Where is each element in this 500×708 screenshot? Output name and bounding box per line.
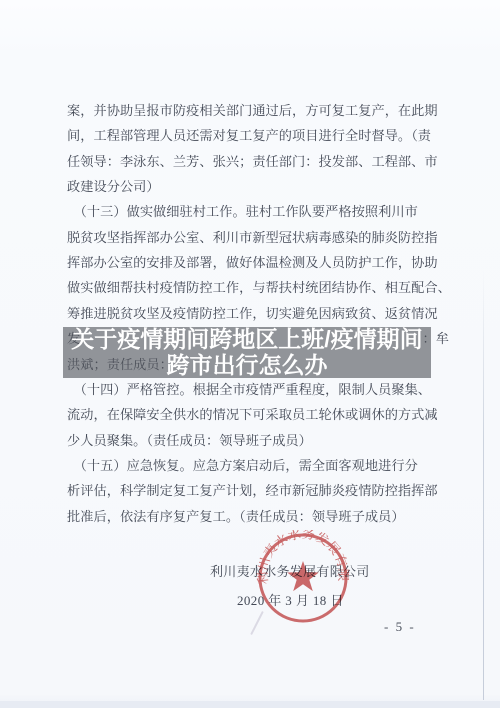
page-edge-line [483,270,484,700]
doc-line: 做实做细帮扶村疫情防控工作，与帮扶村统团结协作、相互配合、 [67,281,439,295]
doc-line: 任领导：李泳东、兰芳、张兴；责任部门：投发部、工程部、市 [67,155,439,169]
doc-line: 脱贫攻坚指挥部办公室、利川市新型冠状病毒感染的肺炎防控指 [67,231,439,245]
doc-line: 流动，在保障安全供水的情况下可采取员工轮休或调休的方式减 [67,408,439,422]
doc-line: 筹推进脱贫攻坚及疫情防控工作，切实避免因病致贫、返贫情况 [67,307,439,321]
page-bottom-edge [0,701,500,708]
doc-line: 少人员聚集。（责任成员：领导班子成员） [67,434,439,448]
doc-line: （十五）应急恢复。应急方案启动后，需全面客观地进行分 [67,459,439,473]
doc-line: 批准后，依法有序复产复工。（责任成员：领导班子成员） [67,510,439,524]
page-number: - 5 - [384,619,416,635]
scanned-document-page: 案，并协助呈报市防疫相关部门通过后，方可复工复产，在此期间，工程部管理人员还需对… [0,0,500,708]
doc-line: 间，工程部管理人员还需对复工复产的项目进行全时督导。（责 [67,129,439,143]
doc-line: （十三）做实做细驻村工作。驻村工作队要严格按照利川市 [67,205,439,219]
headline-overlay: 关于疫情期间跨地区上班/疫情期间 跨市出行怎么办 [63,327,431,378]
doc-line: 挥部办公室的安排及部署，做好体温检测及人员防护工作，协助 [67,256,439,270]
seal-star-icon [287,561,319,591]
headline-line1: 关于疫情期间跨地区上班/疫情期间 [71,327,422,353]
document-body: 案，并协助呈报市防疫相关部门通过后，方可复工复产，在此期间，工程部管理人员还需对… [67,104,439,544]
doc-line: 案，并协助呈报市防疫相关部门通过后，方可复工复产，在此期 [67,104,439,118]
headline-line2: 跨市出行怎么办 [167,353,328,379]
official-seal: 利川夷水水务发展有限公司 [255,530,351,626]
doc-line: 析评估，科学制定复工复产计划，经市新冠肺炎疫情防控指挥部 [67,484,439,498]
doc-line: （十四）严格管控。根据全市疫情严重程度，限制人员聚集、 [67,383,439,397]
doc-line: 政建设分公司） [67,180,439,194]
